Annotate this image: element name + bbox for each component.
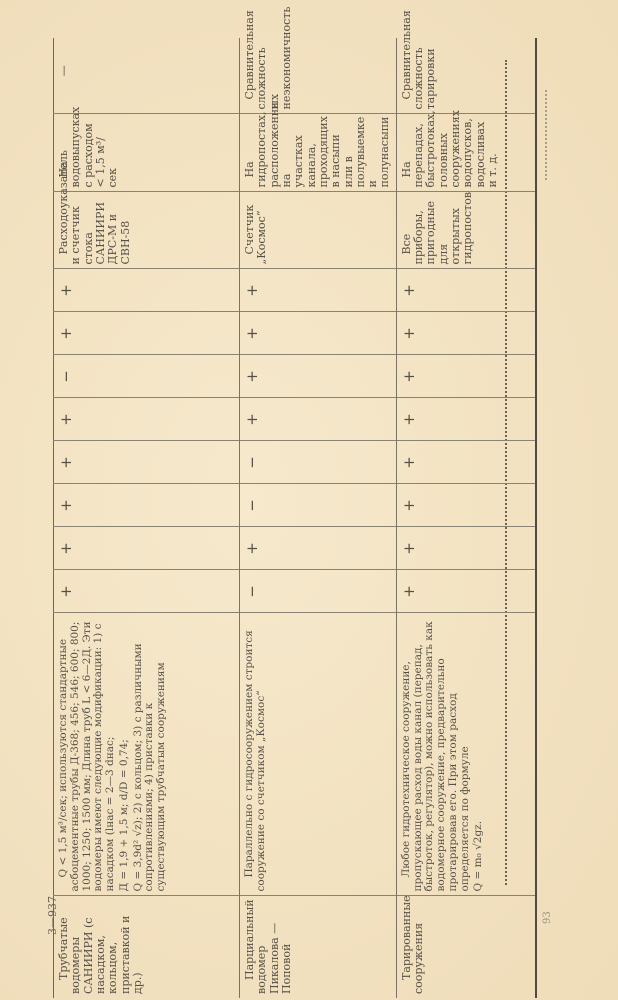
sign-cell: +: [54, 312, 240, 355]
description-text: Любое гидротехническое сооружение, пропу…: [400, 621, 471, 891]
application-cell: На перепадах, быстротоках, головных соор…: [396, 114, 536, 192]
formula: Q = 3,9d² √z); 2) с кольцом; 3) с различ…: [133, 618, 168, 892]
sign-cell: +: [396, 312, 536, 355]
sign-cell: +: [240, 269, 397, 312]
sign-cell: +: [240, 527, 397, 570]
sign-cell: +: [396, 398, 536, 441]
sign-cell: +: [54, 570, 240, 613]
formula: Q = m₀ √2gz.: [473, 618, 485, 892]
device-cell: Расходоуказатель и счетчик стока САНИИРИ…: [54, 192, 240, 269]
method-name: Парциальный водомер Пикалова — Поповой: [240, 896, 397, 998]
sign-cell: +: [54, 484, 240, 527]
shortcomings-cell: —: [54, 38, 240, 114]
shortcomings-cell: Сравнительная сложность и неэкономичност…: [240, 38, 397, 114]
device-cell: Счетчик „Космос“: [240, 192, 397, 269]
sign-cell: −: [240, 441, 397, 484]
sign-cell: +: [396, 441, 536, 484]
sign-cell: +: [396, 527, 536, 570]
formula: Д = 1,9 + 1,5 м; d/D = 0,74;: [119, 618, 131, 892]
sign-cell: +: [240, 355, 397, 398]
description-text: Параллельно с гидросооружением строится …: [243, 630, 267, 891]
page-number: 93: [542, 894, 562, 924]
method-name: Трубчатые водомеры САНИИРИ (с насадком, …: [54, 896, 240, 998]
methods-table: Трубчатые водомеры САНИИРИ (с насадком, …: [53, 38, 537, 998]
sign-cell: −: [54, 355, 240, 398]
sign-cell: −: [240, 484, 397, 527]
sign-cell: +: [240, 312, 397, 355]
method-description: Любое гидротехническое сооружение, пропу…: [396, 613, 536, 896]
sign-cell: +: [54, 269, 240, 312]
sign-cell: +: [396, 484, 536, 527]
sign-cell: −: [240, 570, 397, 613]
table-row: Тарированные сооружения Любое гидротехни…: [396, 38, 536, 998]
method-name: Тарированные сооружения: [396, 896, 536, 998]
application-cell: На водовыпусках с расходом < 1,5 м³/сек: [54, 114, 240, 192]
method-description: Q < 1,5 м³/сек; используются стандартные…: [54, 613, 240, 896]
rotated-table-wrapper: Трубчатые водомеры САНИИРИ (с насадком, …: [53, 38, 505, 998]
method-description: Параллельно с гидросооружением строится …: [240, 613, 397, 896]
sign-cell: +: [54, 398, 240, 441]
signature-mark: 3—937: [46, 895, 66, 935]
table-row: Трубчатые водомеры САНИИРИ (с насадком, …: [54, 38, 240, 998]
sign-cell: +: [396, 269, 536, 312]
sign-cell: +: [396, 570, 536, 613]
sign-cell: +: [54, 527, 240, 570]
description-text: Q < 1,5 м³/сек; используются стандартные…: [57, 622, 116, 892]
margin-mark: [545, 90, 551, 180]
sign-cell: +: [240, 398, 397, 441]
sign-cell: +: [396, 355, 536, 398]
application-cell: На гидропостах, расположенных на участка…: [240, 114, 397, 192]
shortcomings-cell: Сравнительная сложность тарировки: [396, 38, 536, 114]
table-row: Парциальный водомер Пикалова — Поповой П…: [240, 38, 397, 998]
sign-cell: +: [54, 441, 240, 484]
device-cell: Все приборы, пригодные для открытых гидр…: [396, 192, 536, 269]
